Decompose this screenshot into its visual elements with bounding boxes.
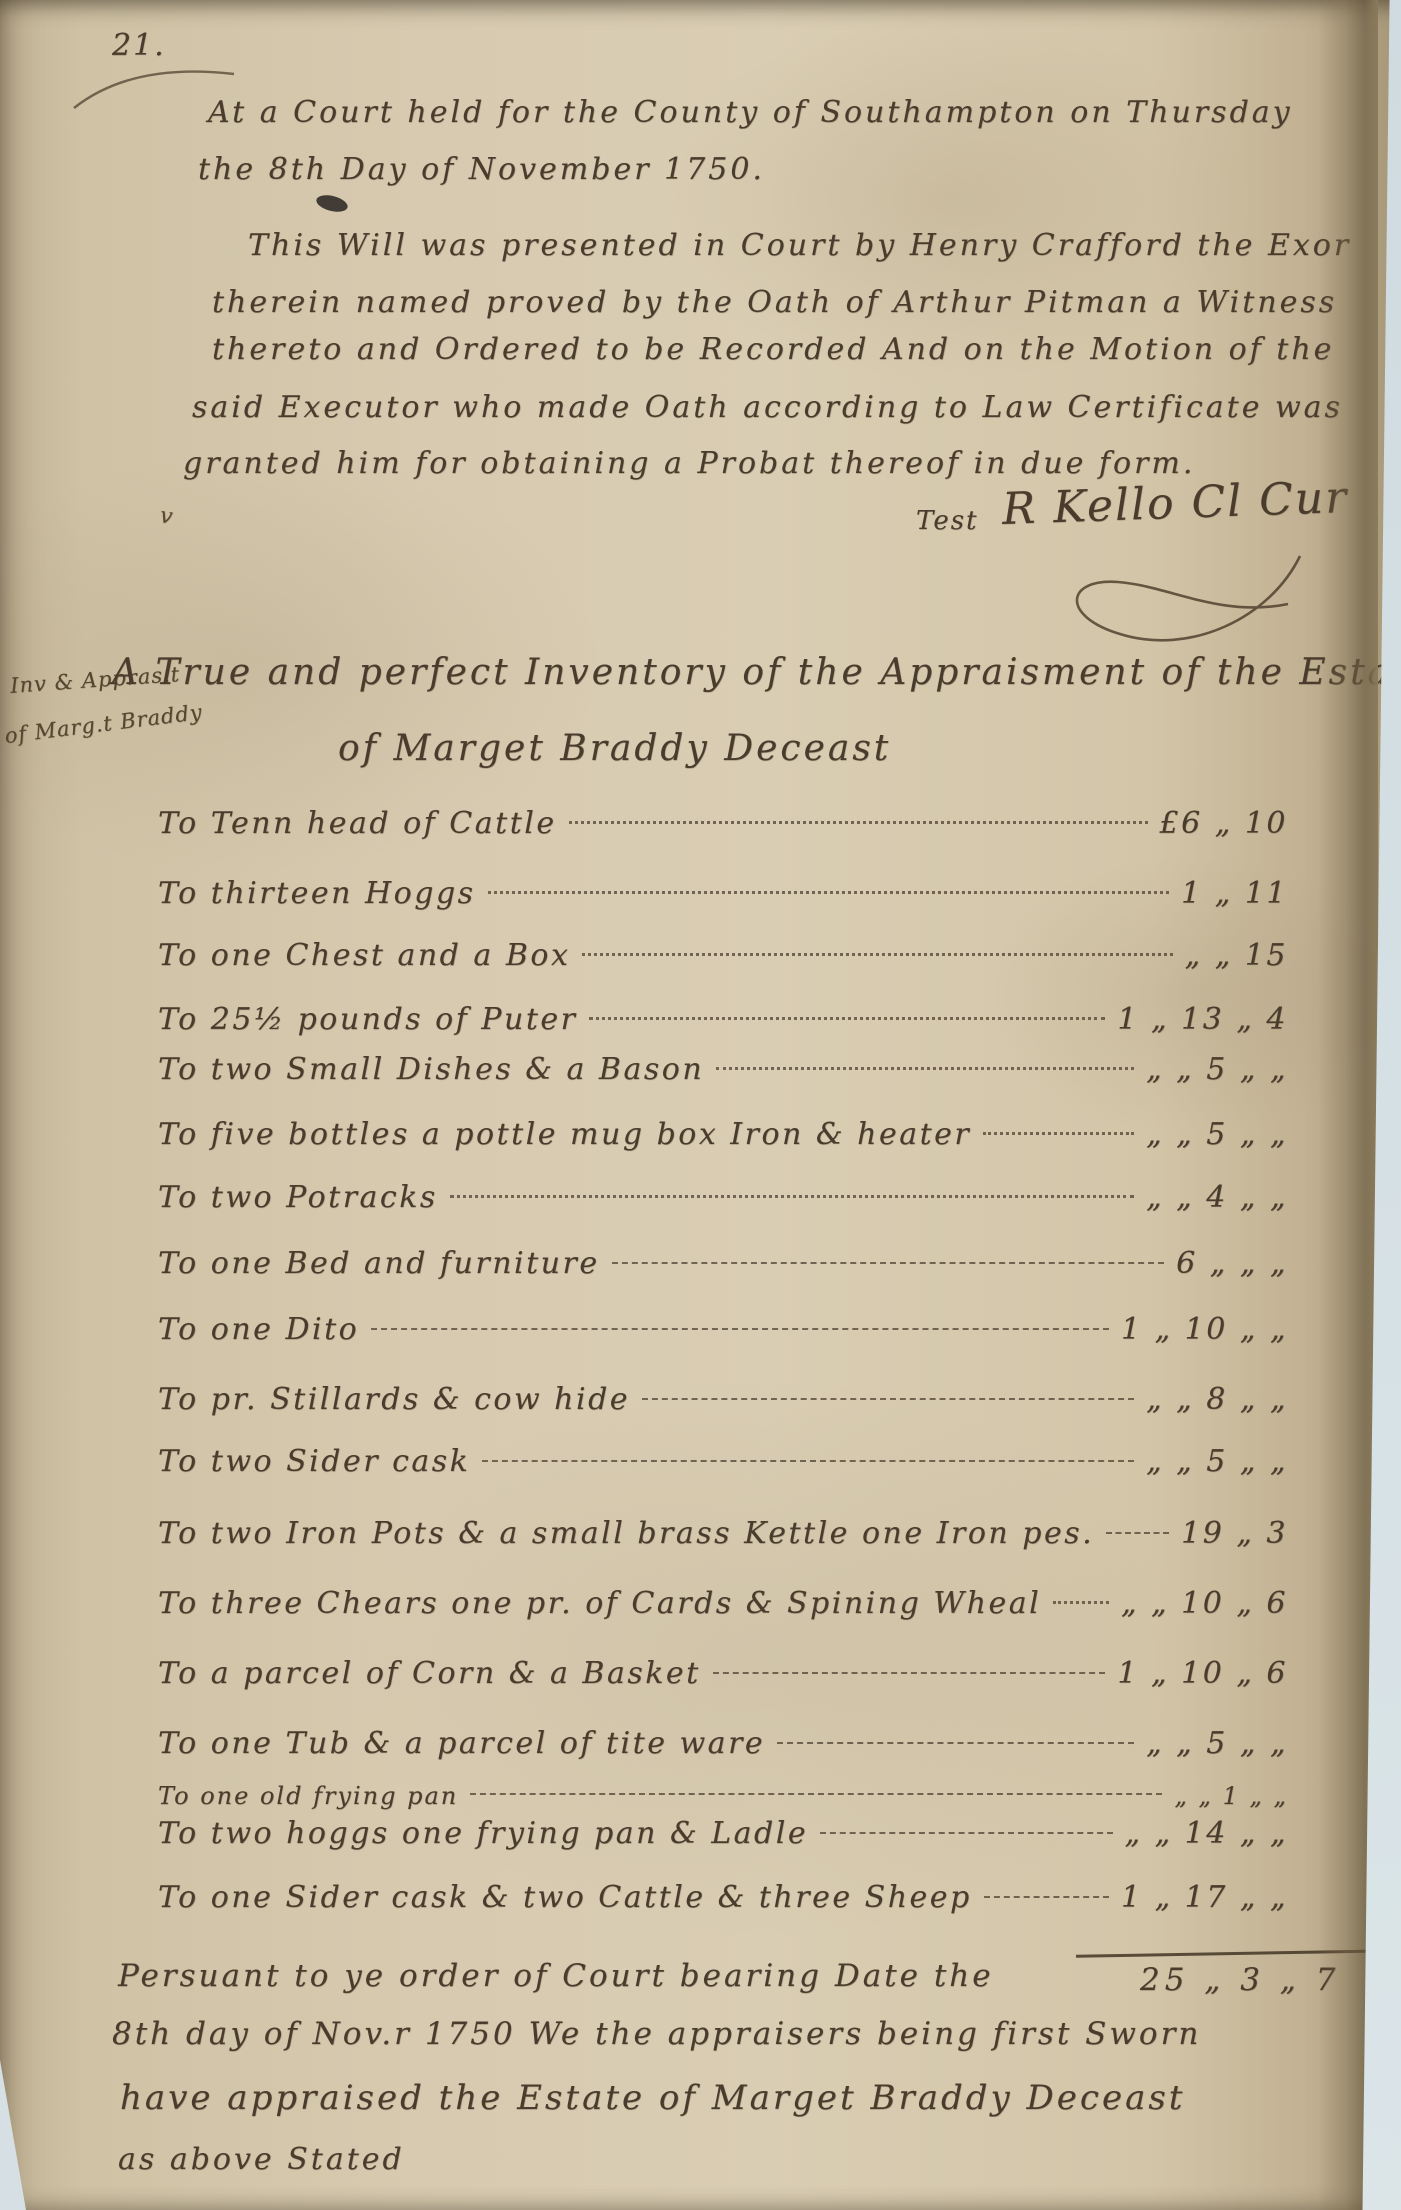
inventory-heading-line2: of Marget Braddy Deceast (338, 728, 891, 769)
item-description: To two Sider cask (158, 1444, 470, 1479)
dot-leader (777, 1742, 1134, 1744)
check-mark: v (158, 503, 174, 529)
dot-leader (612, 1262, 1165, 1264)
item-description: To two Small Dishes & a Bason (158, 1052, 704, 1087)
item-description: To one Tub & a parcel of tite ware (158, 1726, 765, 1761)
inventory-row: To one Chest and a Box„ „ 15 (158, 938, 1288, 973)
inventory-row: To two Small Dishes & a Bason„ „ 5 „ „ (158, 1052, 1288, 1087)
dot-leader (820, 1832, 1112, 1834)
inventory-row: To two hoggs one frying pan & Ladle„ „ 1… (158, 1816, 1288, 1851)
item-amount: 1 „ 10 „ „ (1121, 1312, 1288, 1347)
inventory-row: To one old frying pan„ „ 1 „ „ (158, 1782, 1288, 1810)
attestation-test-label: Test (916, 506, 979, 536)
item-amount: „ „ 4 „ „ (1146, 1180, 1288, 1215)
item-amount: 1 „ 10 „ 6 (1117, 1656, 1288, 1691)
dot-leader (589, 1017, 1105, 1020)
item-amount: „ „ 5 „ „ (1146, 1052, 1288, 1087)
dot-leader (713, 1672, 1106, 1674)
scan-background-corner (0, 2060, 26, 2210)
item-description: To a parcel of Corn & a Basket (158, 1656, 701, 1691)
dot-leader (716, 1067, 1134, 1070)
dot-leader (984, 1896, 1109, 1898)
item-description: To two hoggs one frying pan & Ladle (158, 1816, 808, 1851)
item-amount: „ „ 1 „ „ (1174, 1782, 1288, 1810)
item-amount: „ „ 15 (1185, 938, 1288, 973)
ink-blot (315, 192, 350, 214)
item-amount: 1 „ 13 „ 4 (1117, 1002, 1288, 1037)
closing-line: 8th day of Nov.r 1750 We the appraisers … (112, 2016, 1201, 2052)
item-description: To one Sider cask & two Cattle & three S… (158, 1880, 972, 1915)
court-line: At a Court held for the County of Southa… (208, 95, 1293, 130)
item-amount: „ „ 5 „ „ (1146, 1444, 1288, 1479)
inventory-row: To five bottles a pottle mug box Iron & … (158, 1117, 1288, 1152)
inventory-row: To three Chears one pr. of Cards & Spini… (158, 1586, 1288, 1621)
inventory-row: To one Sider cask & two Cattle & three S… (158, 1880, 1288, 1915)
item-description: To two Potracks (158, 1180, 438, 1215)
dot-leader (371, 1328, 1109, 1330)
signature-flourish (970, 548, 1320, 668)
item-amount: „ „ 10 „ 6 (1121, 1586, 1288, 1621)
inventory-row: To a parcel of Corn & a Basket1 „ 10 „ 6 (158, 1656, 1288, 1691)
item-description: To one old frying pan (158, 1782, 458, 1810)
inventory-row: To one Bed and furniture6 „ „ „ (158, 1246, 1288, 1281)
dot-leader (1106, 1532, 1169, 1534)
inventory-total: 25 „ 3 „ 7 (1140, 1962, 1340, 1998)
closing-line: have appraised the Estate of Marget Brad… (120, 2078, 1185, 2118)
dot-leader (488, 891, 1170, 894)
clerk-signature: R Kello Cl Cur (1001, 472, 1349, 535)
item-amount: 6 „ „ „ (1176, 1246, 1288, 1281)
item-description: To one Bed and furniture (158, 1246, 600, 1281)
inventory-row: To two Iron Pots & a small brass Kettle … (158, 1516, 1288, 1551)
item-amount: £6 „ 10 (1160, 806, 1288, 841)
dot-leader (470, 1793, 1162, 1795)
inventory-row: To two Sider cask„ „ 5 „ „ (158, 1444, 1288, 1479)
court-line: said Executor who made Oath according to… (192, 390, 1343, 425)
dot-leader (482, 1460, 1134, 1462)
manuscript-page: 21. At a Court held for the County of So… (0, 0, 1401, 2210)
inventory-row: To thirteen Hoggs1 „ 11 (158, 876, 1288, 911)
closing-line: as above Stated (118, 2142, 405, 2177)
item-amount: „ „ 5 „ „ (1146, 1726, 1288, 1761)
court-line: thereto and Ordered to be Recorded And o… (212, 332, 1334, 367)
item-description: To pr. Stillards & cow hide (158, 1382, 630, 1417)
item-description: To one Chest and a Box (158, 938, 570, 973)
inventory-row: To one Dito1 „ 10 „ „ (158, 1312, 1288, 1347)
dot-leader (582, 953, 1172, 956)
item-description: To 25½ pounds of Puter (158, 1002, 577, 1037)
dot-leader (983, 1132, 1134, 1135)
closing-line: Persuant to ye order of Court bearing Da… (118, 1958, 994, 1994)
item-description: To Tenn head of Cattle (158, 806, 557, 841)
item-amount: „ „ 14 „ „ (1125, 1816, 1289, 1851)
item-description: To three Chears one pr. of Cards & Spini… (158, 1586, 1041, 1621)
item-amount: „ „ 5 „ „ (1146, 1117, 1288, 1152)
inventory-row: To pr. Stillards & cow hide„ „ 8 „ „ (158, 1382, 1288, 1417)
item-amount: 1 „ 11 (1181, 876, 1288, 911)
dot-leader (1053, 1601, 1109, 1604)
item-description: To thirteen Hoggs (158, 876, 476, 911)
item-description: To two Iron Pots & a small brass Kettle … (158, 1516, 1094, 1551)
item-description: To five bottles a pottle mug box Iron & … (158, 1117, 971, 1152)
inventory-row: To 25½ pounds of Puter1 „ 13 „ 4 (158, 1002, 1288, 1037)
item-amount: „ „ 8 „ „ (1146, 1382, 1288, 1417)
dot-leader (450, 1195, 1134, 1198)
inventory-row: To Tenn head of Cattle£6 „ 10 (158, 806, 1288, 841)
margin-note-line: of Marg.t Braddy (3, 700, 204, 748)
dot-leader (642, 1398, 1134, 1400)
item-amount: 1 „ 17 „ „ (1121, 1880, 1288, 1915)
court-line: This Will was presented in Court by Henr… (248, 228, 1351, 263)
dot-leader (569, 821, 1148, 824)
item-amount: 19 „ 3 (1181, 1516, 1288, 1551)
court-line: therein named proved by the Oath of Arth… (212, 285, 1337, 320)
inventory-row: To two Potracks„ „ 4 „ „ (158, 1180, 1288, 1215)
item-description: To one Dito (158, 1312, 359, 1347)
inventory-heading-line1: A True and perfect Inventory of the Appr… (112, 652, 1401, 693)
court-line: the 8th Day of November 1750. (198, 152, 765, 187)
court-line: granted him for obtaining a Probat there… (183, 446, 1195, 481)
inventory-row: To one Tub & a parcel of tite ware„ „ 5 … (158, 1726, 1288, 1761)
